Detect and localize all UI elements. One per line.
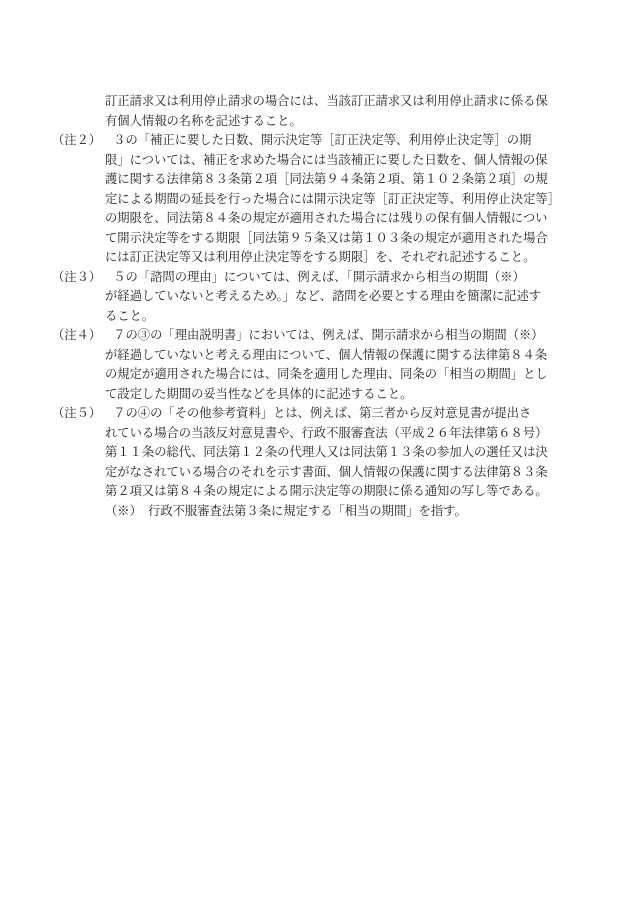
note-first-line-text: ５の「諮問の理由」については、例えば、「開示請求から相当の期間（※） — [113, 270, 525, 284]
text-line: 訂正請求又は利用停止請求の場合には、当該訂正請求又は利用停止請求に係る保 — [105, 92, 552, 112]
text-line: れている場合の当該反対意見書や、行政不服審査法（平成２６年法律第６８号） — [105, 424, 552, 444]
document-text-block: 訂正請求又は利用停止請求の場合には、当該訂正請求又は利用停止請求に係る保 有個人… — [52, 92, 552, 521]
note-label: （注３） — [52, 268, 101, 288]
text-line: が経過していないと考える理由について、個人情報の保護に関する法律第８４条 — [105, 346, 552, 366]
document-page: 訂正請求又は利用停止請求の場合には、当該訂正請求又は利用停止請求に係る保 有個人… — [0, 0, 630, 903]
text-line: て設定した期間の妥当性などを具体的に記述すること。 — [105, 385, 552, 405]
text-line: 限」については、補正を求めた場合には当該補正に要した日数を、個人情報の保 — [105, 151, 552, 171]
text-line: 有個人情報の名称を記述すること。 — [105, 112, 552, 132]
note-paragraph-2: （注２）３の「補正に要した日数、開示決定等［訂正決定等、利用停止決定等］の期 限… — [52, 131, 552, 268]
text-line: （注３）５の「諮問の理由」については、例えば、「開示請求から相当の期間（※） — [52, 268, 552, 288]
text-line: 定による期間の延長を行った場合には開示決定等［訂正決定等、利用停止決定等］ — [105, 190, 552, 210]
text-line: の期限を、同法第８４条の規定が適用された場合には残りの保有個人情報につい — [105, 209, 552, 229]
note-paragraph-5: （注５）７の④の「その他参考資料」とは、例えば、第三者から反対意見書が提出さ れ… — [52, 404, 552, 502]
text-line: 第１１条の総代、同法第１２条の代理人又は同法第１３条の参加人の選任又は決 — [105, 443, 552, 463]
note-paragraph-4: （注４）７の③の「理由説明書」においては、例えば、開示請求から相当の期間（※） … — [52, 326, 552, 404]
text-line: 定がなされている場合のそれを示す書面、個人情報の保護に関する法律第８３条 — [105, 463, 552, 483]
text-line: （注５）７の④の「その他参考資料」とは、例えば、第三者から反対意見書が提出さ — [52, 404, 552, 424]
note-first-line-text: ７の③の「理由説明書」においては、例えば、開示請求から相当の期間（※） — [113, 328, 543, 342]
text-line: 第２項又は第８４条の規定による開示決定等の期限に係る通知の写し等である。 — [105, 482, 552, 502]
note-label: （注５） — [52, 404, 101, 424]
text-line: が経過していないと考えるため。」など、諮問を必要とする理由を簡潔に記述す — [105, 287, 552, 307]
text-line: （注４）７の③の「理由説明書」においては、例えば、開示請求から相当の期間（※） — [52, 326, 552, 346]
text-line: の規定が適用された場合には、同条を適用した理由、同条の「相当の期間」とし — [105, 365, 552, 385]
intro-paragraph: 訂正請求又は利用停止請求の場合には、当該訂正請求又は利用停止請求に係る保 有個人… — [52, 92, 552, 131]
asterisk-remark: （※） 行政不服審査法第３条に規定する「相当の期間」を指す。 — [52, 502, 552, 522]
text-line: には訂正決定等又は利用停止決定等をする期限］を、それぞれ記述すること。 — [105, 248, 552, 268]
note-label: （注４） — [52, 326, 101, 346]
text-line: ること。 — [105, 307, 552, 327]
text-line: （注２）３の「補正に要した日数、開示決定等［訂正決定等、利用停止決定等］の期 — [52, 131, 552, 151]
text-line: （※） 行政不服審査法第３条に規定する「相当の期間」を指す。 — [105, 502, 552, 522]
text-line: て開示決定等をする期限［同法第９５条又は第１０３条の規定が適用された場合 — [105, 229, 552, 249]
note-first-line-text: ３の「補正に要した日数、開示決定等［訂正決定等、利用停止決定等］の期 — [113, 133, 531, 147]
note-label: （注２） — [52, 131, 101, 151]
text-line: 護に関する法律第８３条第２項［同法第９４条第２項、第１０２条第２項］の規 — [105, 170, 552, 190]
note-first-line-text: ７の④の「その他参考資料」とは、例えば、第三者から反対意見書が提出さ — [113, 406, 531, 420]
note-paragraph-3: （注３）５の「諮問の理由」については、例えば、「開示請求から相当の期間（※） が… — [52, 268, 552, 327]
